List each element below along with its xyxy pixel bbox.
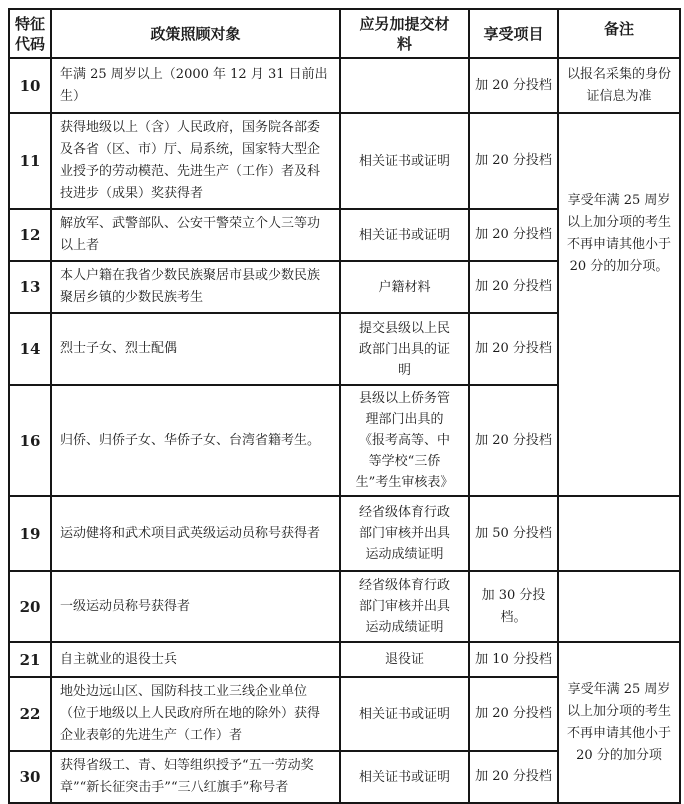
benefit-cell: 加 30 分投档。 — [469, 571, 558, 642]
target-cell: 归侨、归侨子女、华侨子女、台湾省籍考生。 — [51, 385, 340, 496]
benefit-cell: 加 20 分投档 — [469, 113, 558, 209]
target-cell: 一级运动员称号获得者 — [51, 571, 340, 642]
benefit-cell: 加 50 分投档 — [469, 496, 558, 571]
target-cell: 运动健将和武术项目武英级运动员称号获得者 — [51, 496, 340, 571]
target-cell: 解放军、武警部队、公安干警荣立个人三等功以上者 — [51, 209, 340, 261]
code-cell: 19 — [9, 496, 51, 571]
materials-cell: 退役证 — [340, 642, 469, 677]
code-cell: 30 — [9, 751, 51, 774]
benefit-cell: 加 20 分投档 — [469, 261, 558, 313]
materials-cell: 相关证书或证明 — [340, 677, 469, 751]
benefit-cell: 加 20 分投档 — [469, 209, 558, 261]
code-cell: 14 — [9, 313, 51, 385]
target-cell: 获得地级以上（含）人民政府，国务院各部委及各省（区、市）厅、局系统，国家特大型企… — [51, 113, 340, 209]
target-cell: 获得省级工、青、妇等组织授予“五一劳动奖章”“新长征突击手”“三八红旗手”称号者 — [51, 751, 340, 774]
materials-cell: 相关证书或证明 — [340, 209, 469, 261]
code-cell: 16 — [9, 385, 51, 496]
table-row: 21 自主就业的退役士兵 退役证 加 10 分投档 享受年满 25 周岁以上加分… — [9, 642, 680, 677]
code-cell: 21 — [9, 642, 51, 677]
table-row: 20 一级运动员称号获得者 经省级体育行政部门审核并出具运动成绩证明 加 30 … — [9, 571, 680, 642]
materials-cell: 县级以上侨务管理部门出具的《报考高等、中等学校“三侨生”考生审核表》 — [340, 385, 469, 496]
remark-cell — [558, 496, 680, 571]
target-cell: 本人户籍在我省少数民族聚居市县或少数民族聚居乡镇的少数民族考生 — [51, 261, 340, 313]
policy-bonus-table: 特征代码 政策照顾对象 应另加提交材料 享受项目 备注 10 年满 25 周岁以… — [8, 8, 681, 774]
remark-cell: 以报名采集的身份证信息为准 — [558, 58, 680, 113]
benefit-cell: 加 20 分投档 — [469, 58, 558, 113]
code-cell: 22 — [9, 677, 51, 751]
header-remark: 备注 — [558, 9, 680, 58]
header-row: 特征代码 政策照顾对象 应另加提交材料 享受项目 备注 — [9, 9, 680, 58]
code-cell: 13 — [9, 261, 51, 313]
benefit-cell: 加 20 分投档 — [469, 385, 558, 496]
benefit-cell: 加 20 分投档 — [469, 751, 558, 774]
table-row: 10 年满 25 周岁以上（2000 年 12 月 31 日前出生） 加 20 … — [9, 58, 680, 113]
materials-cell: 提交县级以上民政部门出具的证明 — [340, 313, 469, 385]
materials-cell: 经省级体育行政部门审核并出具运动成绩证明 — [340, 571, 469, 642]
remark-cell — [558, 571, 680, 642]
materials-cell: 户籍材料 — [340, 261, 469, 313]
materials-cell: 相关证书或证明 — [340, 751, 469, 774]
target-cell: 自主就业的退役士兵 — [51, 642, 340, 677]
benefit-cell: 加 10 分投档 — [469, 642, 558, 677]
materials-cell: 经省级体育行政部门审核并出具运动成绩证明 — [340, 496, 469, 571]
code-cell: 10 — [9, 58, 51, 113]
target-cell: 地处边远山区、国防科技工业三线企业单位（位于地级以上人民政府所在地的除外）获得企… — [51, 677, 340, 751]
header-materials: 应另加提交材料 — [340, 9, 469, 58]
table-row: 19 运动健将和武术项目武英级运动员称号获得者 经省级体育行政部门审核并出具运动… — [9, 496, 680, 571]
merged-remark-cell: 享受年满 25 周岁以上加分项的考生不再申请其他小于 20 分的加分项 — [558, 642, 680, 774]
table-row: 11 获得地级以上（含）人民政府，国务院各部委及各省（区、市）厅、局系统，国家特… — [9, 113, 680, 209]
benefit-cell: 加 20 分投档 — [469, 677, 558, 751]
header-target: 政策照顾对象 — [51, 9, 340, 58]
materials-cell: 相关证书或证明 — [340, 113, 469, 209]
code-cell: 11 — [9, 113, 51, 209]
header-benefit: 享受项目 — [469, 9, 558, 58]
target-cell: 年满 25 周岁以上（2000 年 12 月 31 日前出生） — [51, 58, 340, 113]
merged-remark-cell: 享受年满 25 周岁以上加分项的考生不再申请其他小于 20 分的加分项。 — [558, 113, 680, 496]
header-code: 特征代码 — [9, 9, 51, 58]
code-cell: 20 — [9, 571, 51, 642]
target-cell: 烈士子女、烈士配偶 — [51, 313, 340, 385]
materials-cell — [340, 58, 469, 113]
benefit-cell: 加 20 分投档 — [469, 313, 558, 385]
code-cell: 12 — [9, 209, 51, 261]
